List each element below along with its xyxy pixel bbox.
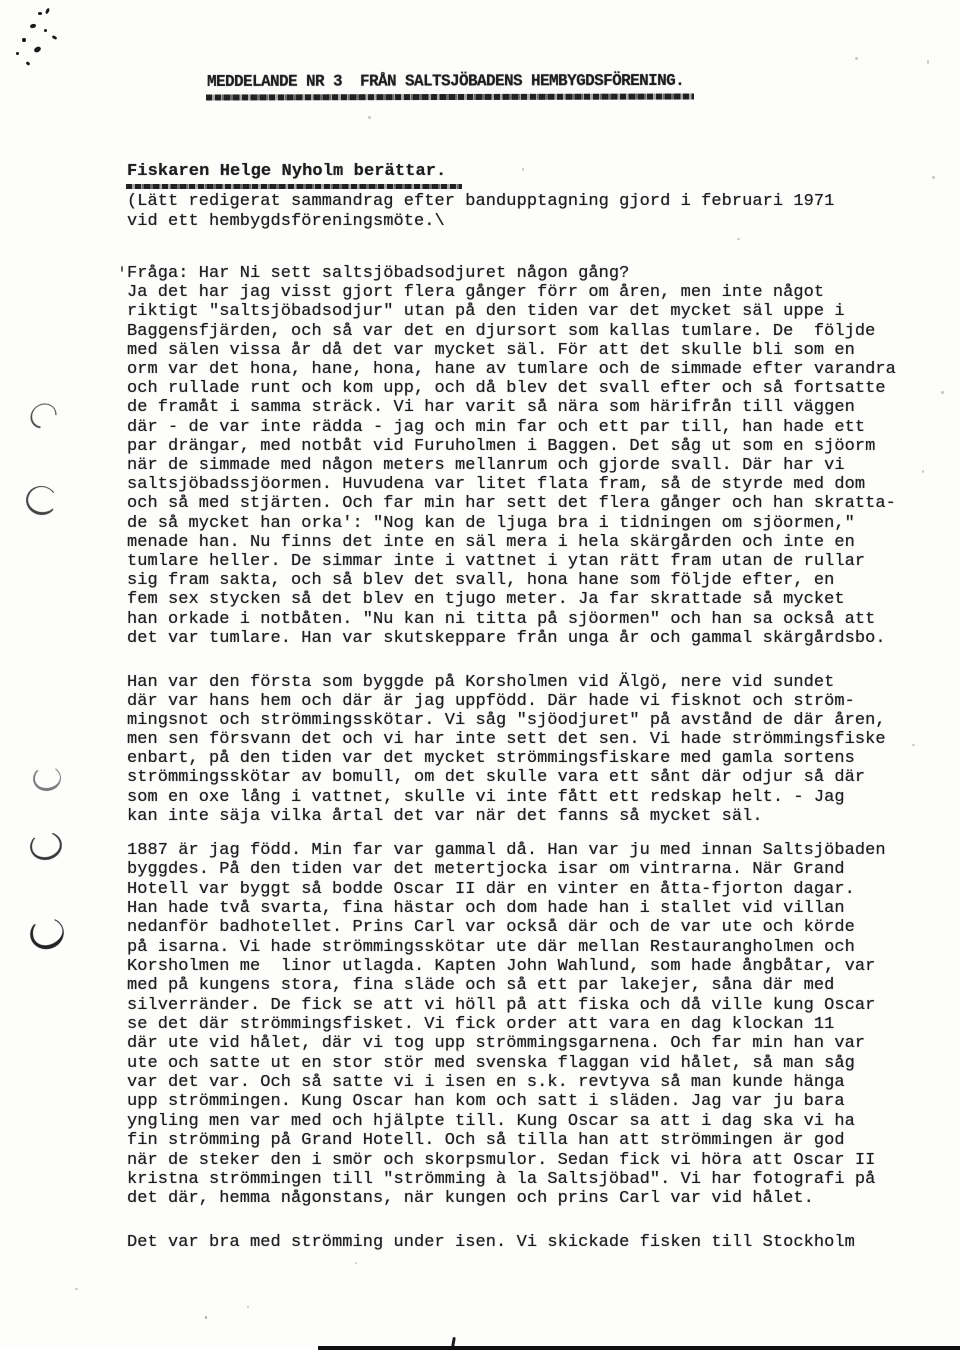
document-subtitle: Fiskaren Helge Nyholm berättar. — [127, 162, 446, 181]
handwritten-circle-mark-2 — [24, 484, 60, 518]
subtitle-underline — [126, 184, 462, 189]
paragraph-question-answer: Fråga: Har Ni sett saltsjöbadsodjuret nå… — [127, 264, 896, 648]
handwritten-circle-mark-5 — [26, 913, 69, 954]
title-underline — [206, 93, 694, 100]
handwritten-circle-mark-3 — [31, 764, 62, 793]
handwritten-circle-mark-4 — [27, 829, 65, 864]
paragraph-kung-oscar: 1887 är jag född. Min far var gammal då.… — [127, 841, 886, 1209]
scan-edge-line — [318, 1346, 960, 1350]
paragraph-korsholmen: Han var den första som byggde på Korshol… — [127, 673, 886, 826]
paragraph-closing: Det var bra med strömming under isen. Vi… — [127, 1233, 855, 1252]
document-title: MEDDELANDE NR 3 FRÅN SALTSJÖBADENS HEMBY… — [207, 71, 684, 91]
scanned-document-page: MEDDELANDE NR 3 FRÅN SALTSJÖBADENS HEMBY… — [0, 0, 960, 1350]
intro-note: (Lätt redigerat sammandrag efter bandupp… — [127, 192, 834, 232]
handwritten-circle-mark-1 — [26, 398, 62, 433]
